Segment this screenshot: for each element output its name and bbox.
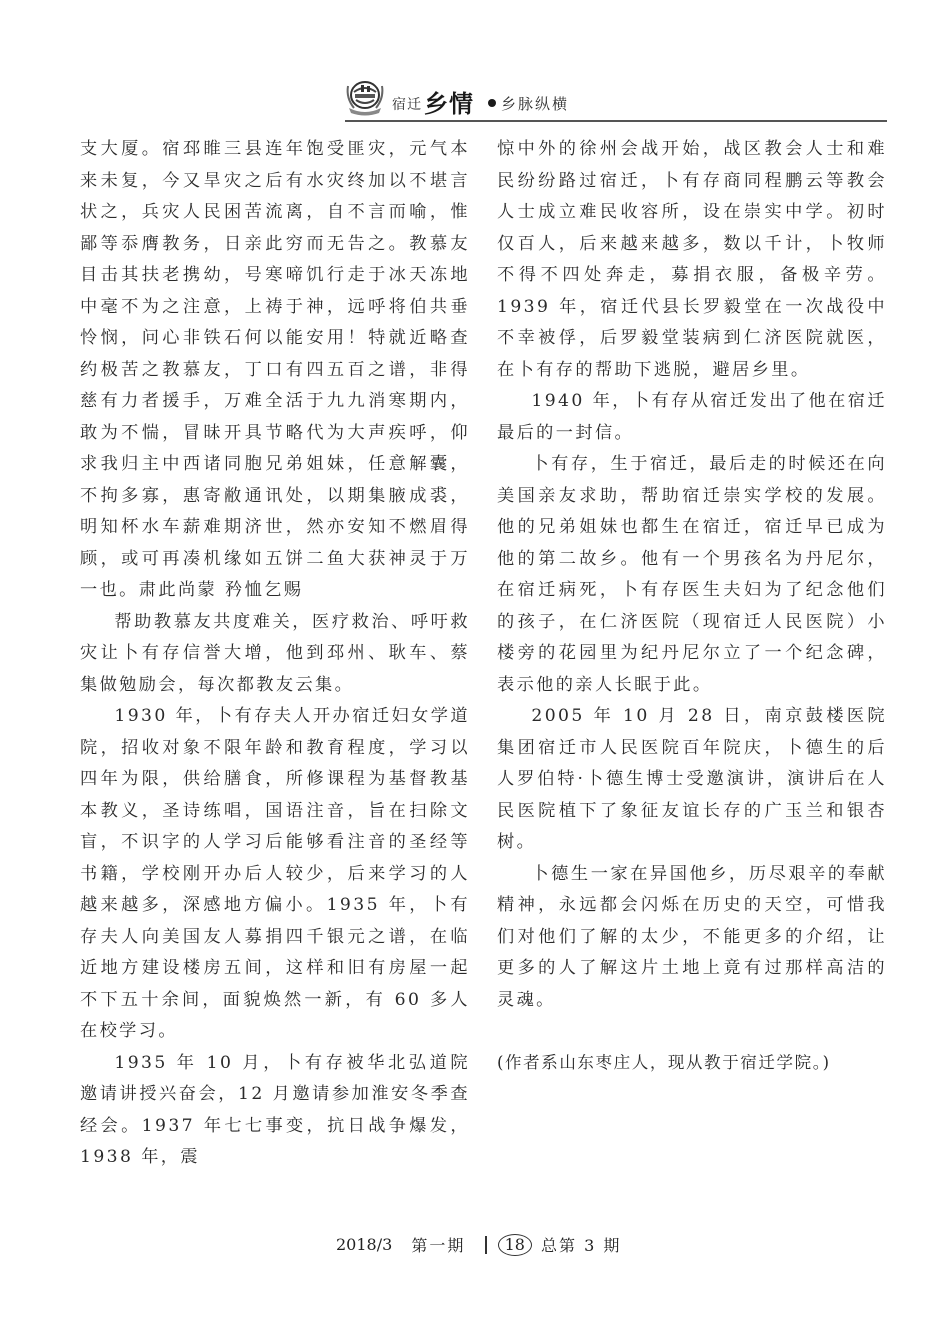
- paragraph: 1940 年，卜有存从宿迁发出了他在宿迁最后的一封信。: [497, 386, 887, 449]
- author-note: (作者系山东枣庄人，现从教于宿迁学院。): [497, 1047, 887, 1079]
- left-column: 支大厦。宿邳睢三县连年饱受匪灾，元气本来未复，今又旱灾之后有水灾终加以不堪言状之…: [80, 134, 470, 1174]
- paragraph: 2005 年 10 月 28 日，南京鼓楼医院集团宿迁市人民医院百年院庆，卜德生…: [497, 701, 887, 859]
- magazine-name-big: 乡情: [424, 84, 474, 119]
- page-footer: 2018/3 第一期 18 总第 3 期: [336, 1233, 621, 1256]
- footer-date: 2018/3: [336, 1235, 392, 1254]
- footer-issue: 第一期: [411, 1233, 465, 1256]
- magazine-emblem-icon: [344, 78, 386, 116]
- section-title: 乡脉纵横: [488, 93, 569, 114]
- paragraph: 1935 年 10 月，卜有存被华北弘道院邀请讲授兴奋会，12 月邀请参加淮安冬…: [80, 1048, 470, 1174]
- paragraph: 帮助教慕友共度难关，医疗救治、呼吁救灾让卜有存信誉大增，他到邳州、耿车、蔡集做勉…: [80, 607, 470, 702]
- right-column: 惊中外的徐州会战开始，战区教会人士和难民纷纷路过宿迁，卜有存商同程鹏云等教会人士…: [497, 134, 887, 1079]
- paragraph: 卜有存，生于宿迁，最后走的时候还在向美国亲友求助，帮助宿迁崇实学校的发展。他的兄…: [497, 449, 887, 701]
- section-title-text: 乡脉纵横: [501, 95, 569, 113]
- page-number: 18: [498, 1234, 532, 1256]
- bullet-icon: [488, 99, 496, 107]
- page-header: 宿迁 乡情 乡脉纵横: [338, 78, 886, 118]
- paragraph: 惊中外的徐州会战开始，战区教会人士和难民纷纷路过宿迁，卜有存商同程鹏云等教会人士…: [497, 134, 887, 386]
- footer-total-issue: 总第 3 期: [541, 1233, 621, 1256]
- footer-divider: [485, 1236, 487, 1254]
- paragraph: 1930 年，卜有存夫人开办宿迁妇女学道院，招收对象不限年龄和教育程度，学习以四…: [80, 701, 470, 1048]
- magazine-name-small: 宿迁: [392, 94, 422, 114]
- paragraph: 卜德生一家在异国他乡，历尽艰辛的奉献精神，永远都会闪烁在历史的天空，可惜我们对他…: [497, 859, 887, 1017]
- paragraph: 支大厦。宿邳睢三县连年饱受匪灾，元气本来未复，今又旱灾之后有水灾终加以不堪言状之…: [80, 134, 470, 607]
- header-rule: [345, 120, 887, 122]
